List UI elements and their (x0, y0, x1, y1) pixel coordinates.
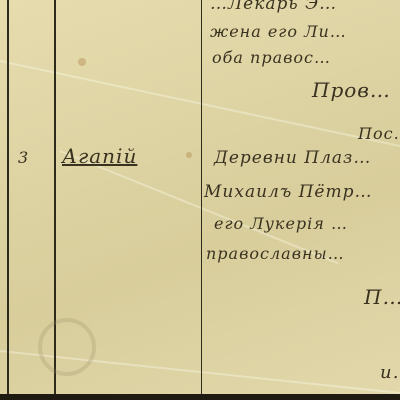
text-line: оба правос… (212, 48, 331, 67)
text-line: его Лукерія … (214, 214, 348, 233)
text-line: …Лекарь Э… (210, 0, 337, 14)
text-line: православны… (206, 244, 345, 263)
text-line: Деревни Плаз… (214, 148, 371, 168)
stain (186, 152, 192, 158)
entry-number: 3 (18, 148, 29, 167)
stain (78, 58, 86, 66)
column-rule-left (7, 0, 9, 400)
paper-crease (0, 60, 400, 149)
page-edge-shadow (0, 394, 400, 400)
entry-name: Агапій (62, 144, 137, 168)
text-line: П… (364, 285, 400, 309)
text-line: и… (380, 362, 400, 383)
text-line: Михаилъ Пётр… (204, 182, 372, 202)
text-line: жена его Ли… (210, 22, 347, 41)
text-line: Пров… (312, 78, 391, 102)
text-line: Пос… (358, 124, 400, 143)
column-rule-name (201, 0, 202, 400)
faded-stamp (38, 318, 96, 376)
